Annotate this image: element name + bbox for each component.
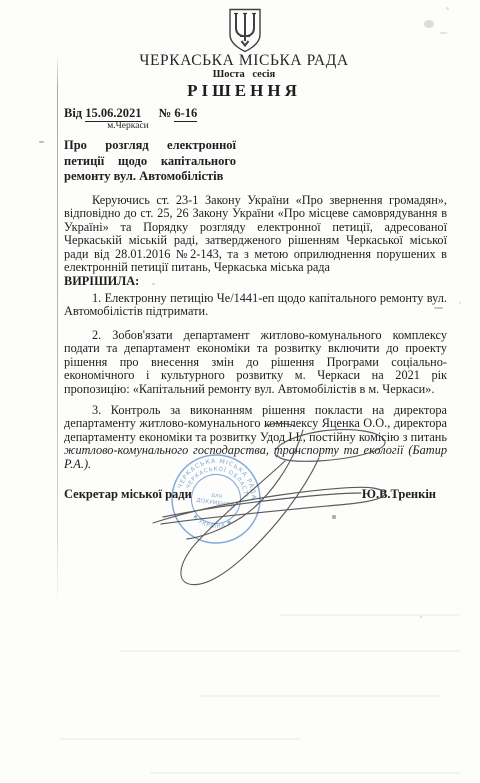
decision-item-2-paragraph: 2. Зобов'язати департамент житлово-комун…	[64, 329, 447, 396]
scan-speck	[424, 20, 434, 28]
scan-speck	[39, 141, 44, 143]
subject-heading: Про розгляд електронної петиції щодо кап…	[64, 138, 236, 185]
decision-item-1: 1. Електронну петицію Че/1441-еп щодо ка…	[64, 292, 447, 319]
scan-speck	[332, 515, 336, 519]
scan-streak	[200, 695, 440, 697]
date-value: 15.06.2021	[85, 106, 141, 122]
scan-speck	[420, 616, 422, 618]
number-value: 6-16	[174, 106, 197, 122]
document-page: ЧЕРКАСЬКА МІСЬКА РАДА Шоста сесія РІШЕНН…	[0, 0, 480, 783]
number-label: №	[159, 106, 172, 120]
subject-line: ремонту вул. Автомобілістів	[64, 169, 236, 185]
decision-item-1-paragraph: 1. Електронну петицію Че/1441-еп щодо ка…	[64, 292, 447, 319]
resolved-label: ВИРІШИЛА:	[64, 275, 447, 288]
decision-item-3-text: 3. Контроль за виконанням рішення поклас…	[64, 403, 447, 444]
scan-streak	[280, 614, 460, 616]
org-name-title: ЧЕРКАСЬКА МІСЬКА РАДА	[0, 52, 480, 70]
session-subtitle: Шоста сесія	[0, 69, 480, 80]
scan-streak	[120, 650, 460, 652]
preamble-text: Керуючись ст. 23-1 Закону України «Про з…	[64, 193, 447, 274]
trident-icon	[227, 8, 263, 54]
signature-row: Секретар міської ради Ю.В.Тренкін	[64, 487, 436, 502]
preamble-block: Керуючись ст. 23-1 Закону України «Про з…	[64, 194, 447, 288]
scan-crease-line	[57, 54, 58, 612]
scan-speck	[152, 283, 155, 285]
scan-speck	[440, 32, 447, 34]
doc-type-title: РІШЕННЯ	[0, 81, 480, 101]
scan-streak	[150, 772, 460, 774]
signature-name: Ю.В.Тренкін	[362, 487, 436, 502]
signature-title: Секретар міської ради	[64, 487, 192, 502]
scan-speck	[459, 302, 461, 304]
preamble-paragraph: Керуючись ст. 23-1 Закону України «Про з…	[64, 194, 447, 275]
ukraine-trident-emblem	[227, 8, 263, 52]
decision-item-2-text: 2. Зобов'язати департамент житлово-комун…	[64, 328, 447, 396]
subject-line: петиції щодо капітального	[64, 154, 236, 170]
scan-speck	[87, 240, 89, 242]
scan-streak	[60, 738, 300, 740]
scan-speck	[446, 7, 449, 10]
subject-line: Про розгляд електронної	[64, 138, 236, 154]
city-label: м.Черкаси	[88, 121, 168, 131]
decision-item-1-text: 1. Електронну петицію Че/1441-еп щодо ка…	[64, 291, 447, 318]
date-line: Від 15.06.2021 № 6-16	[64, 106, 197, 121]
decision-item-2: 2. Зобов'язати департамент житлово-комун…	[64, 329, 447, 396]
scan-speck	[434, 307, 443, 309]
date-label: Від	[64, 106, 82, 120]
